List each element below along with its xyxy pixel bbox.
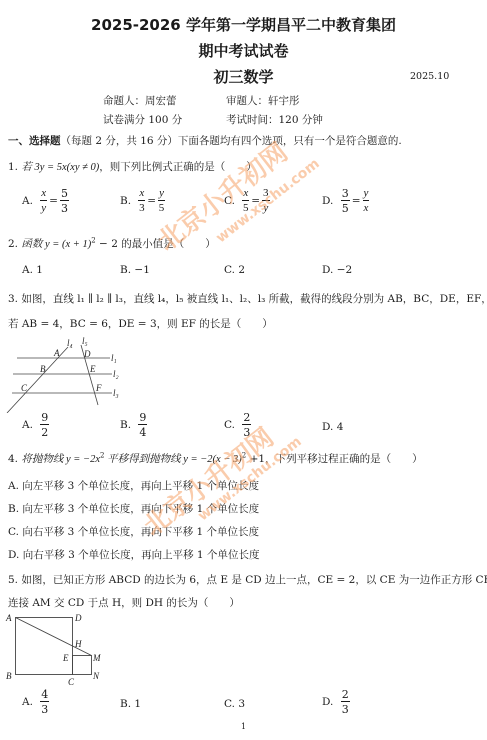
exam-date: 2025.10 [410, 71, 449, 82]
option-text: 向右平移 3 个单位长度，再向下平移 1 个单位长度 [22, 526, 259, 538]
parallel-lines-figure: l₄ l₅ l₁ l₂ l₃ A B C D E F [0, 333, 160, 413]
section-title: 一、选择题 [8, 135, 61, 147]
exam-title-line2: 期中考试试卷 [0, 40, 487, 61]
option-value: 2 [238, 264, 245, 276]
question-1-stem: 1. 若 3y = 5x(xy ≠ 0)，则下列比例式正确的是（ ） [8, 159, 257, 174]
q3-option-a[interactable]: A. 92 [22, 412, 49, 438]
q2-option-c[interactable]: C. 2 [224, 264, 245, 276]
option-value: 4 [337, 421, 344, 433]
question-number: 5. [8, 574, 18, 586]
label-N: N [92, 671, 100, 681]
question-4-stem: 4. 将抛物线 y = −2x2 平移得到抛物线 y = −2(x − 3)2 … [8, 451, 423, 466]
label-l5: l₅ [82, 336, 88, 346]
option-label: B. [120, 419, 131, 431]
numerator: x [138, 188, 145, 201]
denominator: 5 [243, 201, 249, 214]
label-C: C [21, 383, 28, 393]
question-3-stem-line1: 3. 如图，直线 l₁ ∥ l₂ ∥ l₃，直线 l₄，l₅ 被直线 l₁、l₂… [8, 291, 487, 306]
question-5-stem-line2: 连接 AM 交 CD 于点 H，则 DH 的长为（ ） [8, 595, 240, 610]
question-text: 的最小值是（ ） [118, 238, 216, 250]
question-math: 若 3y = 5x(xy ≠ 0) [21, 162, 99, 173]
option-label: C. [224, 419, 235, 431]
question-number: 2. [8, 238, 18, 250]
denominator: 2 [41, 425, 48, 438]
question-3-stem-line2: 若 AB = 4，BC = 6，DE = 3，则 EF 的长是（ ） [8, 316, 273, 331]
section-note: （每题 2 分，共 16 分）下面各题均有四个选项，只有一个是符合题意的. [61, 135, 402, 147]
label-l2: l₂ [113, 369, 119, 379]
denominator: 4 [139, 425, 146, 438]
q4-option-d[interactable]: D. 向右平移 3 个单位长度，再向上平移 1 个单位长度 [8, 547, 259, 562]
label-E: E [89, 364, 96, 374]
label-l3: l₃ [113, 388, 119, 398]
label-B: B [6, 671, 12, 681]
denominator: 3 [243, 425, 250, 438]
numerator: 4 [40, 689, 49, 702]
option-value: 3 [238, 698, 245, 710]
denominator: 5 [159, 201, 165, 214]
denominator: 3 [139, 201, 145, 214]
question-text: 如图，直线 l₁ ∥ l₂ ∥ l₃，直线 l₄，l₅ 被直线 l₁、l₂、l₃… [21, 293, 487, 305]
numerator: x [40, 188, 47, 201]
numerator: x [242, 188, 249, 201]
q2-option-a[interactable]: A. 1 [22, 264, 43, 276]
numerator: 3 [341, 188, 350, 201]
q2-option-b[interactable]: B. −1 [120, 264, 150, 276]
numerator: 9 [138, 412, 147, 425]
denominator: x [364, 201, 369, 214]
option-label: A. [22, 696, 33, 708]
label-E: E [62, 653, 69, 663]
q3-option-d[interactable]: D. 4 [322, 421, 343, 433]
denominator: 3 [41, 702, 48, 715]
exam-title-line1: 2025-2026 学年第一学期昌平二中教育集团 [0, 14, 487, 35]
label-F: F [95, 383, 102, 393]
question-text: ，则下列比例式正确的是（ ） [99, 161, 257, 173]
option-text: 向左平移 3 个单位长度，再向下平移 1 个单位长度 [22, 503, 259, 515]
q1-option-b[interactable]: B. x3=y5 [120, 188, 165, 214]
q4-option-a[interactable]: A. 向左平移 3 个单位长度，再向上平移 1 个单位长度 [8, 478, 259, 493]
q5-option-b[interactable]: B. 1 [120, 698, 141, 710]
exam-time-label: 考试时间：120 分钟 [226, 112, 323, 127]
option-label: C. [224, 195, 235, 207]
q5-option-c[interactable]: C. 3 [224, 698, 245, 710]
question-math: 函数 y = (x + 1) [21, 239, 91, 250]
label-H: H [74, 639, 82, 649]
option-label: C. [224, 264, 235, 276]
question-number: 4. [8, 453, 18, 465]
question-number: 1. [8, 161, 18, 173]
option-label: B. [120, 264, 131, 276]
question-text: +1，下列平移过程正确的是（ ） [246, 453, 422, 465]
reviewer-label: 审题人：轩宇彤 [226, 93, 300, 108]
denominator: 3 [342, 702, 349, 715]
numerator: 3 [262, 188, 270, 201]
denominator: y [41, 201, 46, 214]
question-math: 平移得到抛物线 y = −2(x − 3) [104, 454, 241, 465]
q2-option-d[interactable]: D. −2 [322, 264, 352, 276]
numerator: y [158, 188, 165, 201]
option-value: 1 [134, 698, 141, 710]
option-label: A. [22, 264, 33, 276]
label-l4: l₄ [67, 338, 73, 348]
option-label: D. [322, 421, 333, 433]
label-l1: l₁ [111, 353, 117, 363]
option-label: A. [8, 480, 19, 492]
denominator: 3 [61, 201, 68, 214]
label-M: M [92, 653, 101, 663]
q4-option-b[interactable]: B. 向左平移 3 个单位长度，再向下平移 1 个单位长度 [8, 501, 259, 516]
label-D: D [83, 349, 91, 359]
full-score-label: 试卷满分 100 分 [103, 112, 182, 127]
option-label: B. [120, 698, 131, 710]
option-value: 1 [36, 264, 43, 276]
q1-option-d[interactable]: D. 35=yx [322, 188, 369, 214]
option-value: −2 [337, 264, 352, 276]
author-label: 命题人：周宏蕾 [103, 93, 177, 108]
denominator: y [263, 201, 268, 214]
page-number: 1 [241, 722, 246, 731]
label-B: B [40, 364, 46, 374]
question-math: − 2 [96, 238, 118, 250]
q5-option-a[interactable]: A. 43 [22, 689, 49, 715]
label-A: A [53, 348, 60, 358]
option-label: C. [224, 698, 235, 710]
denominator: 5 [342, 201, 349, 214]
q1-option-c[interactable]: C. x5=3y [224, 188, 270, 214]
option-value: −1 [134, 264, 149, 276]
q4-option-c[interactable]: C. 向右平移 3 个单位长度，再向下平移 1 个单位长度 [8, 524, 259, 539]
label-D: D [74, 613, 82, 623]
option-label: A. [22, 419, 33, 431]
numerator: y [363, 188, 370, 201]
option-label: A. [22, 195, 33, 207]
numerator: 2 [242, 412, 251, 425]
q1-option-a[interactable]: A. xy=53 [22, 188, 69, 214]
question-math: 将抛物线 y = −2x [21, 454, 100, 465]
option-label: B. [120, 195, 131, 207]
option-label: D. [322, 195, 333, 207]
square-figure: A D H E M B C N [0, 610, 110, 685]
question-number: 3. [8, 293, 18, 305]
label-A: A [5, 613, 12, 623]
option-label: B. [8, 503, 19, 515]
numerator: 9 [40, 412, 49, 425]
option-text: 向右平移 3 个单位长度，再向上平移 1 个单位长度 [23, 549, 260, 561]
q3-option-b[interactable]: B. 94 [120, 412, 147, 438]
option-label: D. [322, 264, 333, 276]
label-C: C [68, 677, 75, 685]
numerator: 2 [341, 689, 350, 702]
option-text: 向左平移 3 个单位长度，再向上平移 1 个单位长度 [22, 480, 259, 492]
option-label: D. [322, 696, 333, 708]
question-2-stem: 2. 函数 y = (x + 1)2 − 2 的最小值是（ ） [8, 236, 216, 251]
option-label: C. [8, 526, 19, 538]
question-text: 如图，已知正方形 ABCD 的边长为 6，点 E 是 CD 边上一点，CE = … [21, 574, 487, 586]
question-5-stem-line1: 5. 如图，已知正方形 ABCD 的边长为 6，点 E 是 CD 边上一点，CE… [8, 572, 487, 587]
q3-option-c[interactable]: C. 23 [224, 412, 251, 438]
q5-option-d[interactable]: D. 23 [322, 689, 350, 715]
numerator: 5 [60, 188, 69, 201]
option-label: D. [8, 549, 19, 561]
section-heading: 一、选择题（每题 2 分，共 16 分）下面各题均有四个选项，只有一个是符合题意… [8, 133, 402, 148]
